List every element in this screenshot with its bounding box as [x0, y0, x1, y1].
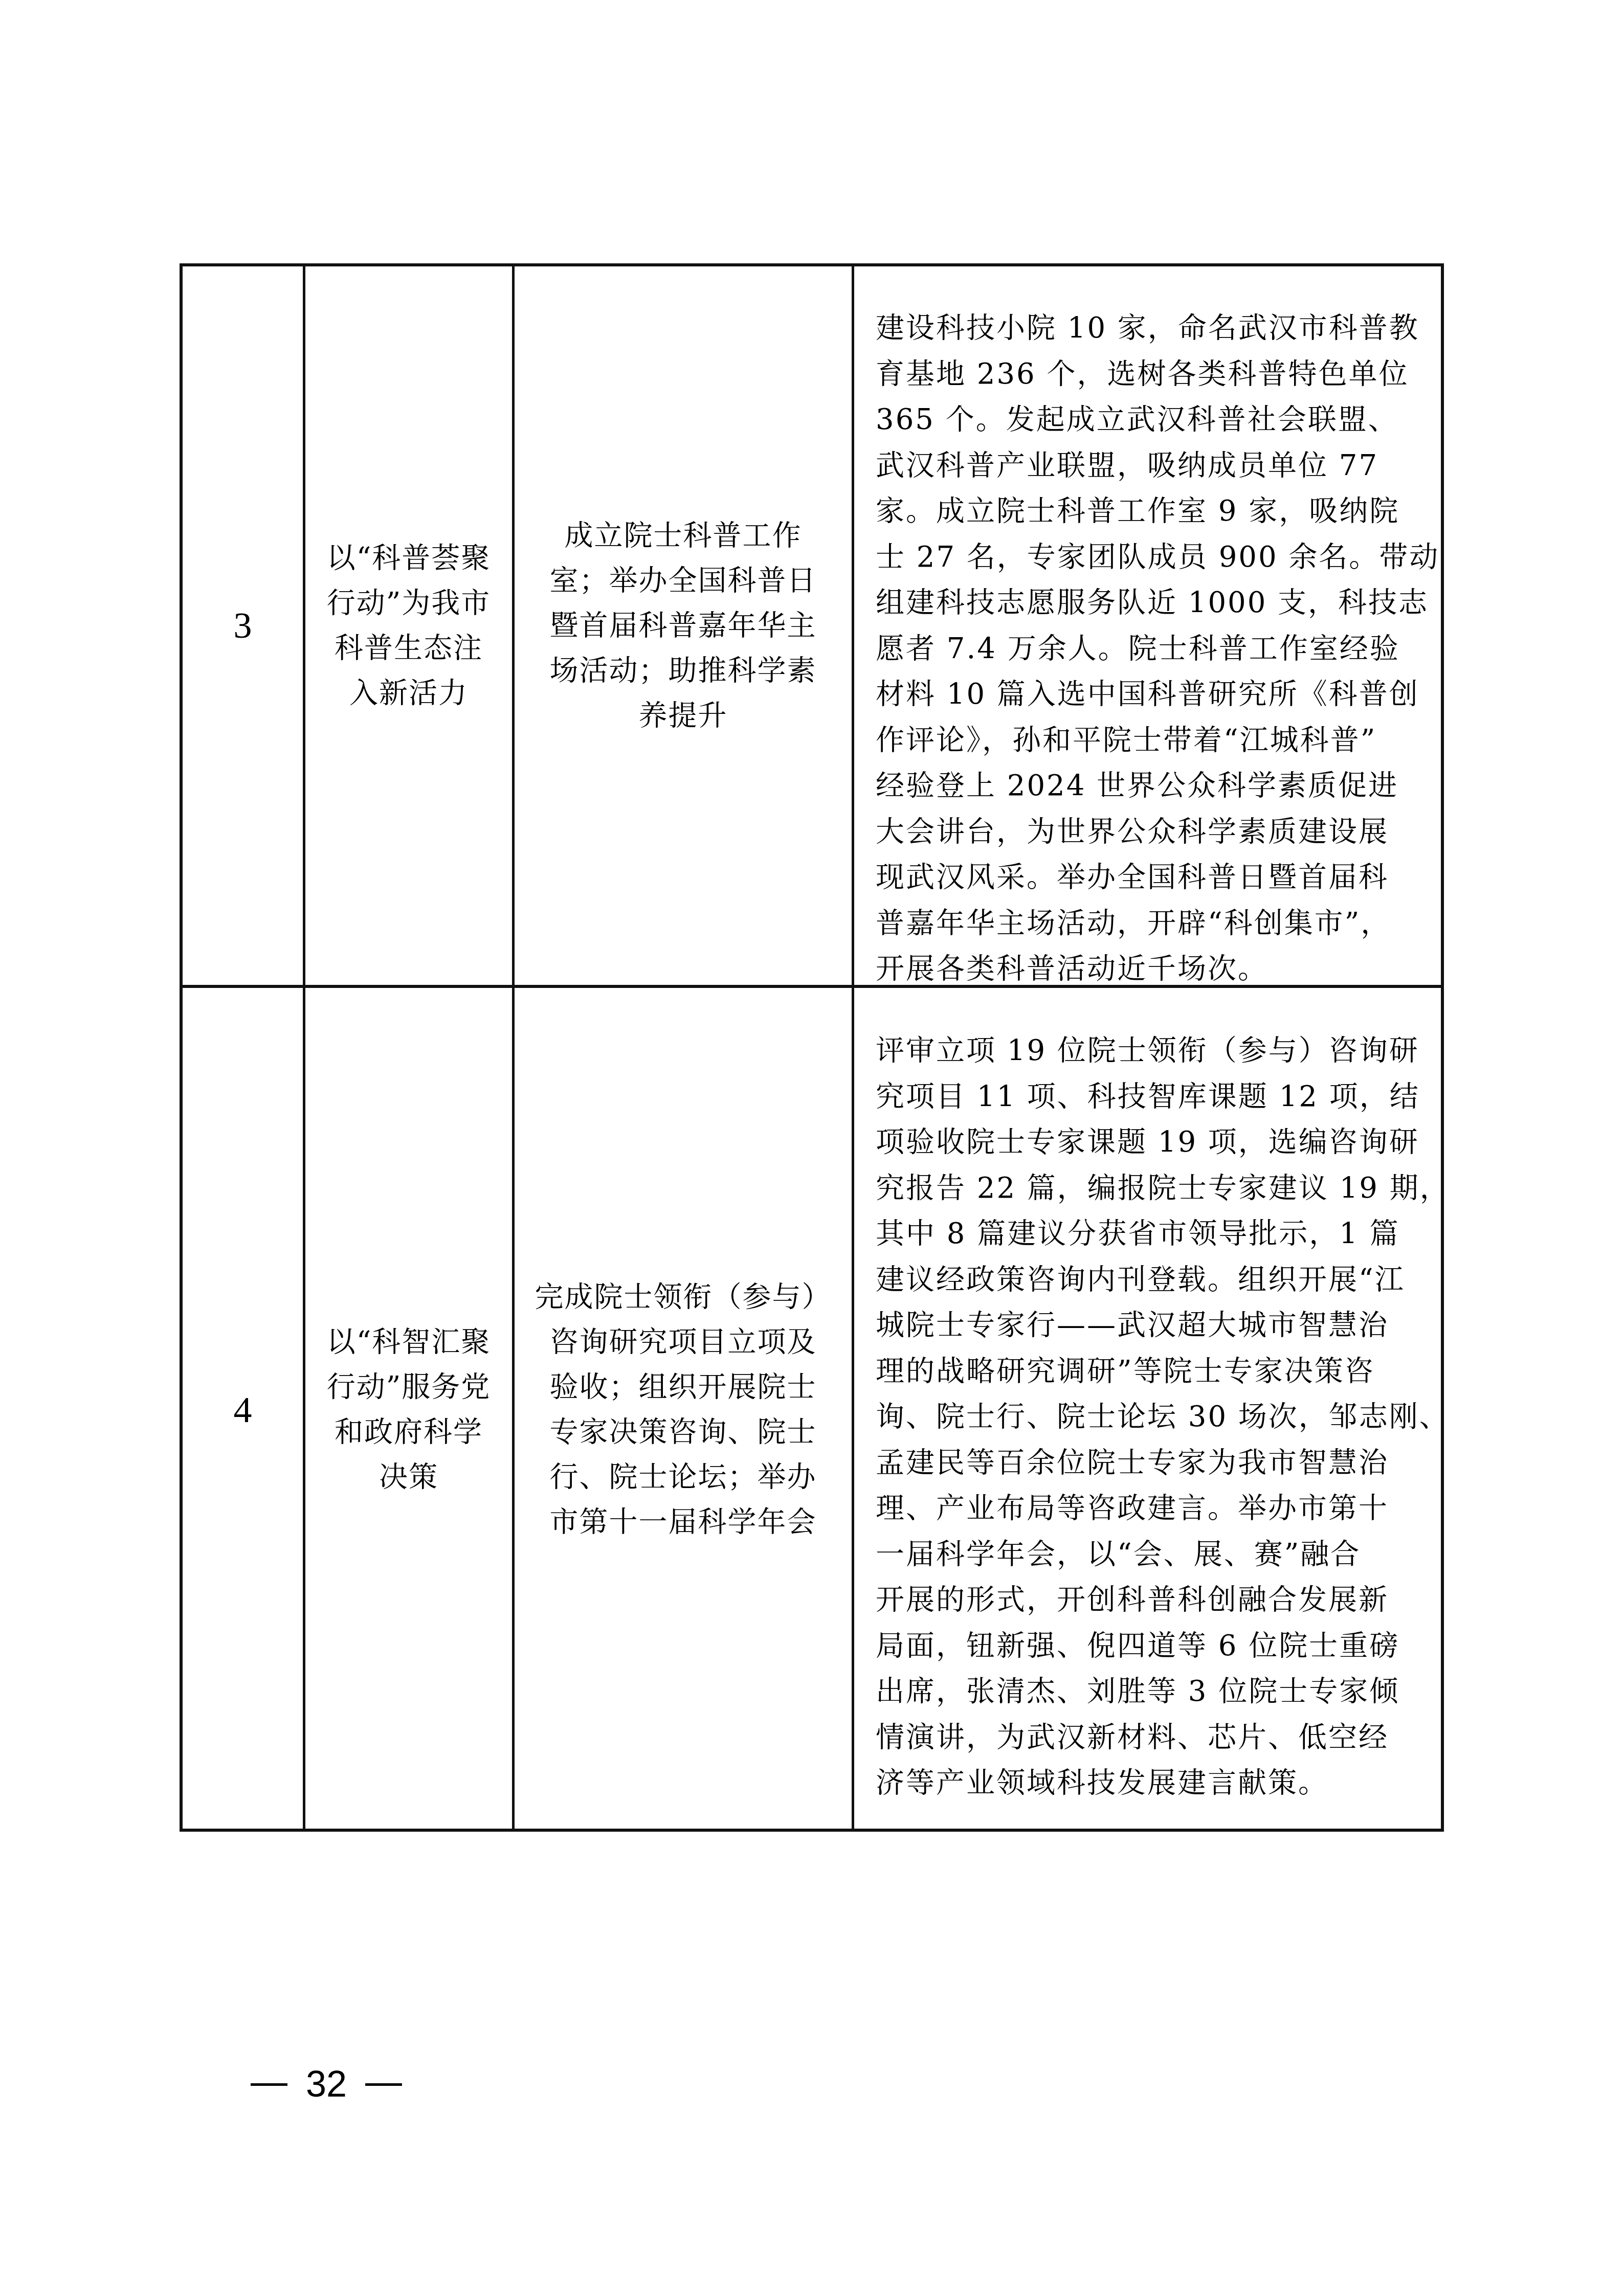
text-line: 和政府科学 — [322, 1410, 496, 1455]
text-line: 作评论》，孙和平院士带着“江城科普” — [876, 717, 1420, 763]
text-line: 局面，钮新强、倪四道等 6 位院士重磅 — [876, 1623, 1420, 1669]
text-line: 完成院士领衔（参与） — [532, 1275, 834, 1320]
text-line: 科普生态注 — [322, 626, 496, 671]
table-row: 4 以“科智汇聚 行动”服务党 和政府科学 决策 完成院士领衔（参与） 咨询研究… — [183, 988, 1441, 1832]
text-line: 开展的形式，开创科普科创融合发展新 — [876, 1577, 1420, 1623]
page-footer: 32 — [251, 2063, 402, 2105]
results-text: 建设科技小院 10 家，命名武汉市科普教 育基地 236 个，选树各类科普特色单… — [854, 305, 1441, 992]
achievements-table: 3 以“科普荟聚 行动”为我市 科普生态注 入新活力 成立院士科普工作 室；举办… — [180, 263, 1444, 1832]
text-line: 专家决策咨询、院士 — [532, 1410, 834, 1455]
measures-cell: 完成院士领衔（参与） 咨询研究项目立项及 验收；组织开展院士 专家决策咨询、院士… — [515, 988, 854, 1832]
task-cell: 以“科智汇聚 行动”服务党 和政府科学 决策 — [305, 988, 515, 1832]
text-line: 行动”服务党 — [322, 1365, 496, 1410]
results-cell: 评审立项 19 位院士领衔（参与）咨询研 究项目 11 项、科技智库课题 12 … — [854, 988, 1441, 1832]
text-line: 行动”为我市 — [322, 581, 496, 626]
text-line: 暨首届科普嘉年华主 — [532, 603, 834, 648]
table-row: 3 以“科普荟聚 行动”为我市 科普生态注 入新活力 成立院士科普工作 室；举办… — [183, 266, 1441, 988]
task-text: 以“科普荟聚 行动”为我市 科普生态注 入新活力 — [322, 536, 496, 716]
measures-text: 成立院士科普工作 室；举办全国科普日 暨首届科普嘉年华主 场活动；助推科学素 养… — [532, 513, 834, 738]
text-line: 情演讲，为武汉新材料、芯片、低空经 — [876, 1715, 1420, 1761]
text-line: 市第十一届科学年会 — [532, 1500, 834, 1545]
text-line: 理、产业布局等咨政建言。举办市第十 — [876, 1485, 1420, 1532]
text-line: 365 个。发起成立武汉科普社会联盟、 — [876, 397, 1420, 443]
text-line: 询、院士行、院士论坛 30 场次，邹志刚、 — [876, 1394, 1420, 1440]
text-line: 项验收院士专家课题 19 项，选编咨询研 — [876, 1119, 1420, 1165]
text-line: 普嘉年华主场活动，开辟“科创集市”， — [876, 901, 1420, 947]
text-line: 士 27 名，专家团队成员 900 余名。带动 — [876, 534, 1420, 580]
text-line: 济等产业领域科技发展建言献策。 — [876, 1760, 1420, 1806]
text-line: 以“科智汇聚 — [322, 1320, 496, 1365]
text-line: 材料 10 篇入选中国科普研究所《科普创 — [876, 671, 1420, 717]
text-line: 大会讲台，为世界公众科学素质建设展 — [876, 809, 1420, 855]
results-text: 评审立项 19 位院士领衔（参与）咨询研 究项目 11 项、科技智库课题 12 … — [854, 1028, 1441, 1806]
text-line: 建设科技小院 10 家，命名武汉市科普教 — [876, 305, 1420, 351]
task-text: 以“科智汇聚 行动”服务党 和政府科学 决策 — [322, 1320, 496, 1500]
measures-text: 完成院士领衔（参与） 咨询研究项目立项及 验收；组织开展院士 专家决策咨询、院士… — [532, 1275, 834, 1545]
text-line: 家。成立院士科普工作室 9 家，吸纳院 — [876, 488, 1420, 534]
results-cell: 建设科技小院 10 家，命名武汉市科普教 育基地 236 个，选树各类科普特色单… — [854, 266, 1441, 985]
text-line: 究项目 11 项、科技智库课题 12 项，结 — [876, 1074, 1420, 1120]
text-line: 室；举办全国科普日 — [532, 558, 834, 603]
text-line: 武汉科普产业联盟，吸纳成员单位 77 — [876, 443, 1420, 489]
text-line: 城院士专家行——武汉超大城市智慧治 — [876, 1302, 1420, 1348]
text-line: 验收；组织开展院士 — [532, 1365, 834, 1410]
text-line: 场活动；助推科学素 — [532, 648, 834, 693]
text-line: 开展各类科普活动近千场次。 — [876, 946, 1420, 992]
task-cell: 以“科普荟聚 行动”为我市 科普生态注 入新活力 — [305, 266, 515, 985]
text-line: 孟建民等百余位院士专家为我市智慧治 — [876, 1440, 1420, 1486]
row-index: 3 — [234, 604, 252, 647]
row-index-cell: 3 — [183, 266, 305, 985]
measures-cell: 成立院士科普工作 室；举办全国科普日 暨首届科普嘉年华主 场活动；助推科学素 养… — [515, 266, 854, 985]
text-line: 入新活力 — [322, 671, 496, 716]
dash-right-icon — [365, 2083, 402, 2086]
row-index-cell: 4 — [183, 988, 305, 1832]
text-line: 行、院士论坛；举办 — [532, 1455, 834, 1500]
text-line: 出席，张清杰、刘胜等 3 位院士专家倾 — [876, 1669, 1420, 1715]
text-line: 评审立项 19 位院士领衔（参与）咨询研 — [876, 1028, 1420, 1074]
text-line: 育基地 236 个，选树各类科普特色单位 — [876, 351, 1420, 397]
text-line: 其中 8 篇建议分获省市领导批示，1 篇 — [876, 1211, 1420, 1257]
text-line: 养提升 — [532, 693, 834, 738]
text-line: 决策 — [322, 1455, 496, 1500]
page-number: 32 — [306, 2063, 347, 2105]
text-line: 咨询研究项目立项及 — [532, 1320, 834, 1365]
text-line: 究报告 22 篇，编报院士专家建议 19 期， — [876, 1165, 1420, 1211]
text-line: 经验登上 2024 世界公众科学素质促进 — [876, 763, 1420, 809]
row-index: 4 — [234, 1389, 252, 1431]
text-line: 建议经政策咨询内刊登载。组织开展“江 — [876, 1257, 1420, 1303]
text-line: 愿者 7.4 万余人。院士科普工作室经验 — [876, 626, 1420, 672]
text-line: 现武汉风采。举办全国科普日暨首届科 — [876, 854, 1420, 901]
text-line: 组建科技志愿服务队近 1000 支，科技志 — [876, 580, 1420, 626]
text-line: 一届科学年会，以“会、展、赛”融合 — [876, 1532, 1420, 1578]
dash-left-icon — [251, 2083, 287, 2086]
text-line: 理的战略研究调研”等院士专家决策咨 — [876, 1348, 1420, 1394]
text-line: 以“科普荟聚 — [322, 536, 496, 581]
text-line: 成立院士科普工作 — [532, 513, 834, 558]
